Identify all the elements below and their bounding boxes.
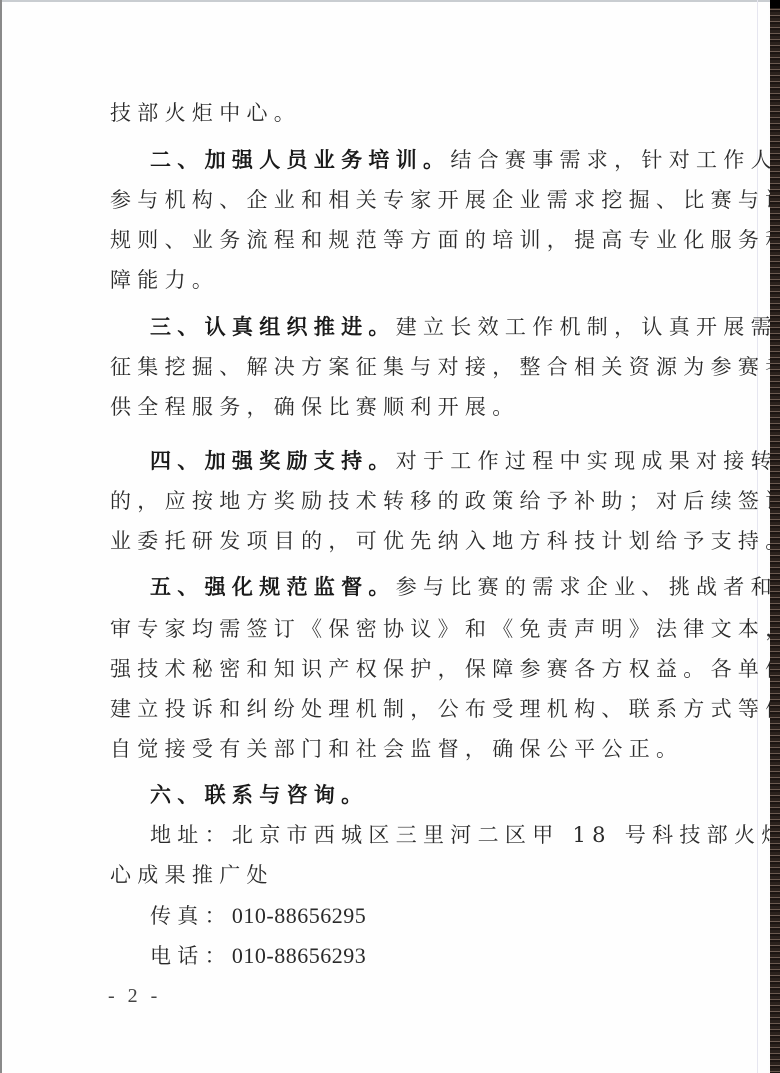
section-5-heading: 五、强化规范监督。 <box>150 574 396 599</box>
section-3-heading: 三、认真组织推进。 <box>150 314 396 339</box>
phone-label: 电话： <box>150 944 232 968</box>
section-2-line-0: 结合赛事需求，针对工作人员、 <box>450 148 780 172</box>
section-5-line-3: 建立投诉和纠纷处理机制，公布受理机构、联系方式等信息， <box>110 694 670 724</box>
address-continuation: 心成果推广处 <box>110 860 670 890</box>
fax-label: 传真： <box>150 904 232 928</box>
address-label: 地址： <box>150 823 232 847</box>
scan-corner <box>770 0 780 8</box>
section-4-line-2: 业委托研发项目的，可优先纳入地方科技计划给予支持。 <box>110 526 670 556</box>
fax-line: 传真：010-88656295 <box>150 901 710 931</box>
section-2-line-2: 规则、业务流程和规范等方面的培训，提高专业化服务和保 <box>110 225 670 255</box>
fax-number: 010-88656295 <box>232 903 366 928</box>
section-3-line-0: 建立长效工作机制，认真开展需求 <box>396 315 780 339</box>
section-3-line-2: 供全程服务，确保比赛顺利开展。 <box>110 392 670 422</box>
section-5-line-0: 参与比赛的需求企业、挑战者和评 <box>396 575 780 599</box>
scan-right-edge <box>770 0 780 1073</box>
section-3-first-line: 三、认真组织推进。建立长效工作机制，认真开展需求 <box>150 312 710 342</box>
section-4-line-0: 对于工作过程中实现成果对接转化 <box>396 449 780 473</box>
scan-left-edge <box>0 0 2 1073</box>
section-3-line-1: 征集挖掘、解决方案征集与对接，整合相关资源为参赛者提 <box>110 352 670 382</box>
address-value: 北京市西城区三里河二区甲 18 号科技部火炬中 <box>232 823 780 847</box>
section-5-first-line: 五、强化规范监督。参与比赛的需求企业、挑战者和评 <box>150 572 710 602</box>
section-2-line-3: 障能力。 <box>110 265 670 295</box>
section-6-heading: 六、联系与咨询。 <box>150 780 710 810</box>
section-4-first-line: 四、加强奖励支持。对于工作过程中实现成果对接转化 <box>150 446 710 476</box>
page-number: - 2 - <box>108 985 161 1008</box>
section-2-first-line: 二、加强人员业务培训。结合赛事需求，针对工作人员、 <box>150 145 710 175</box>
continuation-text: 技部火炬中心。 <box>110 98 670 128</box>
phone-number: 010-88656293 <box>232 943 366 968</box>
phone-line: 电话：010-88656293 <box>150 941 710 971</box>
section-4-line-1: 的，应按地方奖励技术转移的政策给予补助；对后续签订企 <box>110 486 670 516</box>
section-2-heading: 二、加强人员业务培训。 <box>150 147 450 172</box>
section-4-heading: 四、加强奖励支持。 <box>150 448 396 473</box>
address-line: 地址：北京市西城区三里河二区甲 18 号科技部火炬中 <box>150 820 710 850</box>
scan-top-edge <box>0 0 770 2</box>
section-5-line-4: 自觉接受有关部门和社会监督，确保公平公正。 <box>110 734 670 764</box>
document-page: 技部火炬中心。 二、加强人员业务培训。结合赛事需求，针对工作人员、 参与机构、企… <box>0 0 768 1073</box>
section-5-line-1: 审专家均需签订《保密协议》和《免责声明》法律文本，加 <box>110 614 670 644</box>
section-2-line-1: 参与机构、企业和相关专家开展企业需求挖掘、比赛与评选 <box>110 185 670 215</box>
section-5-line-2: 强技术秘密和知识产权保护，保障参赛各方权益。各单位应 <box>110 654 670 684</box>
